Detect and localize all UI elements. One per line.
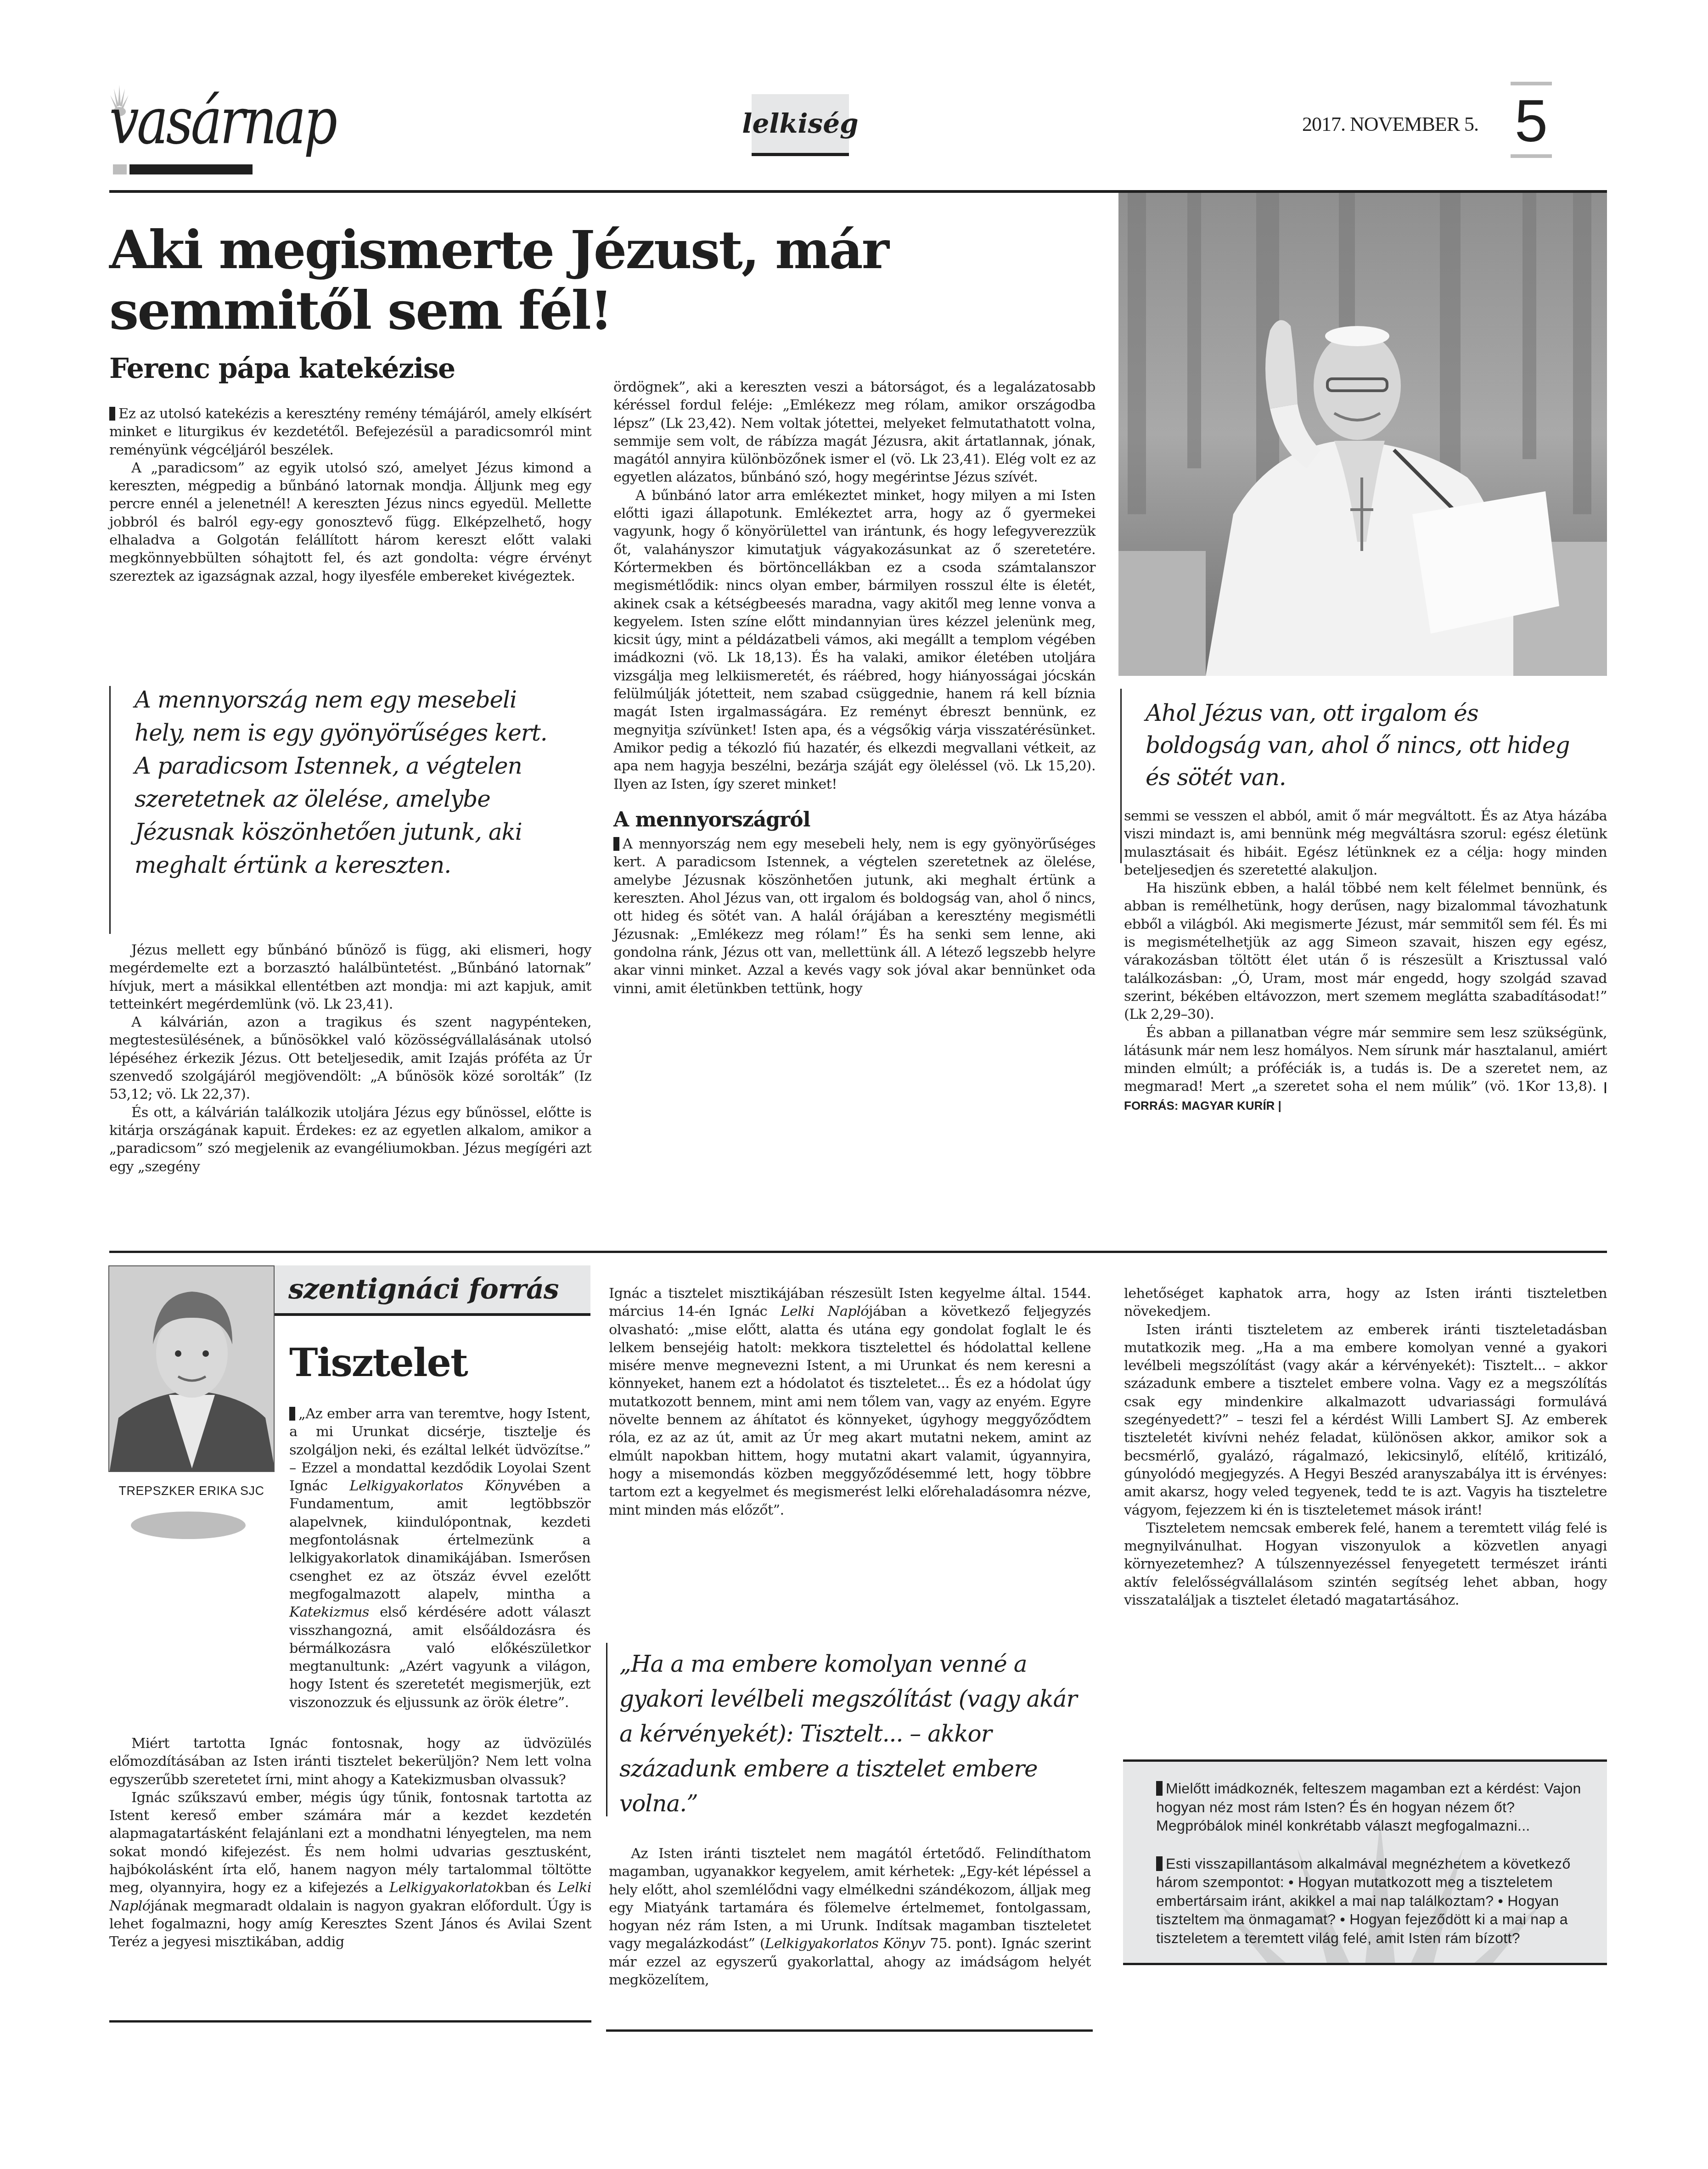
paragraph: Az Isten iránti tisztelet nem magától ér… — [609, 1845, 1091, 1989]
pope-photo-illustration — [1118, 193, 1607, 676]
pull-quote-text: „Ha a ma embere komolyan venné a gyakori… — [619, 1643, 1084, 1821]
paragraph: Ignác szűkszavú ember, mégis úgy tűnik, … — [109, 1789, 591, 1951]
paragraph: A „paradicsom” az egyik utolsó szó, amel… — [109, 459, 591, 585]
paragraph: Miért tartotta Ignác fontosnak, hogy az … — [109, 1735, 591, 1789]
pull-quote-3: „Ha a ma embere komolyan venné a gyakori… — [606, 1643, 1084, 1816]
page-number-rule-bottom — [1511, 154, 1552, 158]
masthead-logo: vasárnap — [109, 80, 385, 168]
author-portrait-illustration — [109, 1266, 275, 1472]
logo-underline-bar — [129, 164, 253, 174]
page-number-rule-top — [1511, 82, 1552, 85]
column-col-2-continued: Az Isten iránti tisztelet nem magától ér… — [609, 1845, 1091, 1989]
page-number: 5 — [1511, 91, 1552, 151]
section-label: lelkiség — [752, 94, 849, 156]
section-subhead: A mennyországról — [613, 811, 1096, 829]
exercise-box: Mielőtt imádkoznék, felteszem magamban e… — [1123, 1759, 1607, 1965]
section-divider — [109, 1251, 1607, 1253]
exercise-item: Mielőtt imádkoznék, felteszem magamban e… — [1156, 1779, 1583, 1835]
main-col-3: semmi se vesszen el abból, amit ő már me… — [1124, 807, 1607, 1115]
column-title: Tisztelet — [289, 1340, 467, 1385]
paragraph: A mennyország nem egy mesebeli hely, nem… — [613, 835, 1096, 998]
paragraph: semmi se vesszen el abból, amit ő már me… — [1124, 807, 1607, 879]
column-bottom-rule — [109, 2020, 591, 2023]
paragraph: „Az ember arra van teremtve, hogy Istent… — [289, 1405, 590, 1712]
column-bottom-rule — [606, 2029, 1093, 2032]
column-col-3: lehetőséget kaphatok arra, hogy az Isten… — [1124, 1285, 1607, 1609]
paragraph: Ha hiszünk ebben, a halál többé nem kelt… — [1124, 879, 1607, 1023]
page-number-block: 5 — [1511, 82, 1552, 174]
column-col-1-bottom: Miért tartotta Ignác fontosnak, hogy az … — [109, 1735, 591, 1951]
logo-wordmark: vasárnap — [109, 90, 335, 154]
pull-quote-text: Ahol Jézus van, ott irgalom és boldogság… — [1146, 689, 1598, 793]
main-col-1-continued: Jézus mellett egy bűnbánó bűnöző is függ… — [109, 941, 591, 1176]
paragraph: Jézus mellett egy bűnbánó bűnöző is függ… — [109, 941, 591, 1013]
author-photo — [108, 1265, 275, 1472]
column-col-1-top: „Az ember arra van teremtve, hogy Istent… — [289, 1405, 590, 1712]
paragraph: A bűnbánó lator arra emlékeztet minket, … — [613, 487, 1096, 793]
paragraph: És abban a pillanatban végre már semmire… — [1124, 1024, 1607, 1115]
paragraph: lehetőséget kaphatok arra, hogy az Isten… — [1124, 1285, 1607, 1321]
logo-accent-bar — [113, 164, 127, 174]
issue-date: 2017. NOVEMBER 5. — [1276, 112, 1478, 136]
pope-photo — [1118, 193, 1607, 676]
paragraph: Tiszteletem nemcsak emberek felé, hanem … — [1124, 1519, 1607, 1609]
section-label-text: lelkiség — [742, 108, 858, 139]
column-label: szentignáci forrás — [275, 1265, 590, 1316]
exercise-text: Mielőtt imádkoznék, felteszem magamban e… — [1156, 1779, 1583, 1965]
paragraph: Ignác a tisztelet misztikájában részesül… — [609, 1285, 1091, 1519]
column-label-text: szentignáci forrás — [288, 1273, 559, 1305]
column-col-2: Ignác a tisztelet misztikájában részesül… — [609, 1285, 1091, 1519]
paragraph: ördögnek”, aki a kereszten veszi a bátor… — [613, 378, 1096, 487]
paragraph: És ott, a kálvárián találkozik utoljára … — [109, 1104, 591, 1176]
author-name: TREPSZKER ERIKA SJC — [108, 1484, 275, 1498]
paragraph: Isten iránti tiszteletem az emberek irán… — [1124, 1321, 1607, 1519]
main-col-2: ördögnek”, aki a kereszten veszi a bátor… — [613, 378, 1096, 998]
author-photo-shadow — [131, 1512, 246, 1539]
paragraph-marker-icon — [109, 407, 115, 421]
exercise-item: Esti visszapillantásom alkalmával megnéz… — [1156, 1854, 1583, 1948]
paragraph: Ez az utolsó katekézis a keresztény remé… — [109, 405, 591, 459]
paragraph-marker-icon — [613, 837, 619, 851]
pull-quote-text: A mennyország nem egy mesebeli hely, nem… — [135, 683, 568, 882]
pull-quote-1: A mennyország nem egy mesebeli hely, nem… — [109, 686, 568, 934]
paragraph-marker-icon — [1156, 1856, 1163, 1871]
article-headline: Aki megismerte Jézust, már semmitől sem … — [109, 219, 1096, 341]
main-col-1: Ez az utolsó katekézis a keresztény remé… — [109, 405, 591, 585]
paragraph-marker-icon — [289, 1407, 295, 1421]
paragraph: A kálvárián, azon a tragikus és szent na… — [109, 1013, 591, 1103]
paragraph-marker-icon — [1156, 1781, 1163, 1796]
article-subhead: Ferenc pápa katekézise — [109, 353, 591, 385]
